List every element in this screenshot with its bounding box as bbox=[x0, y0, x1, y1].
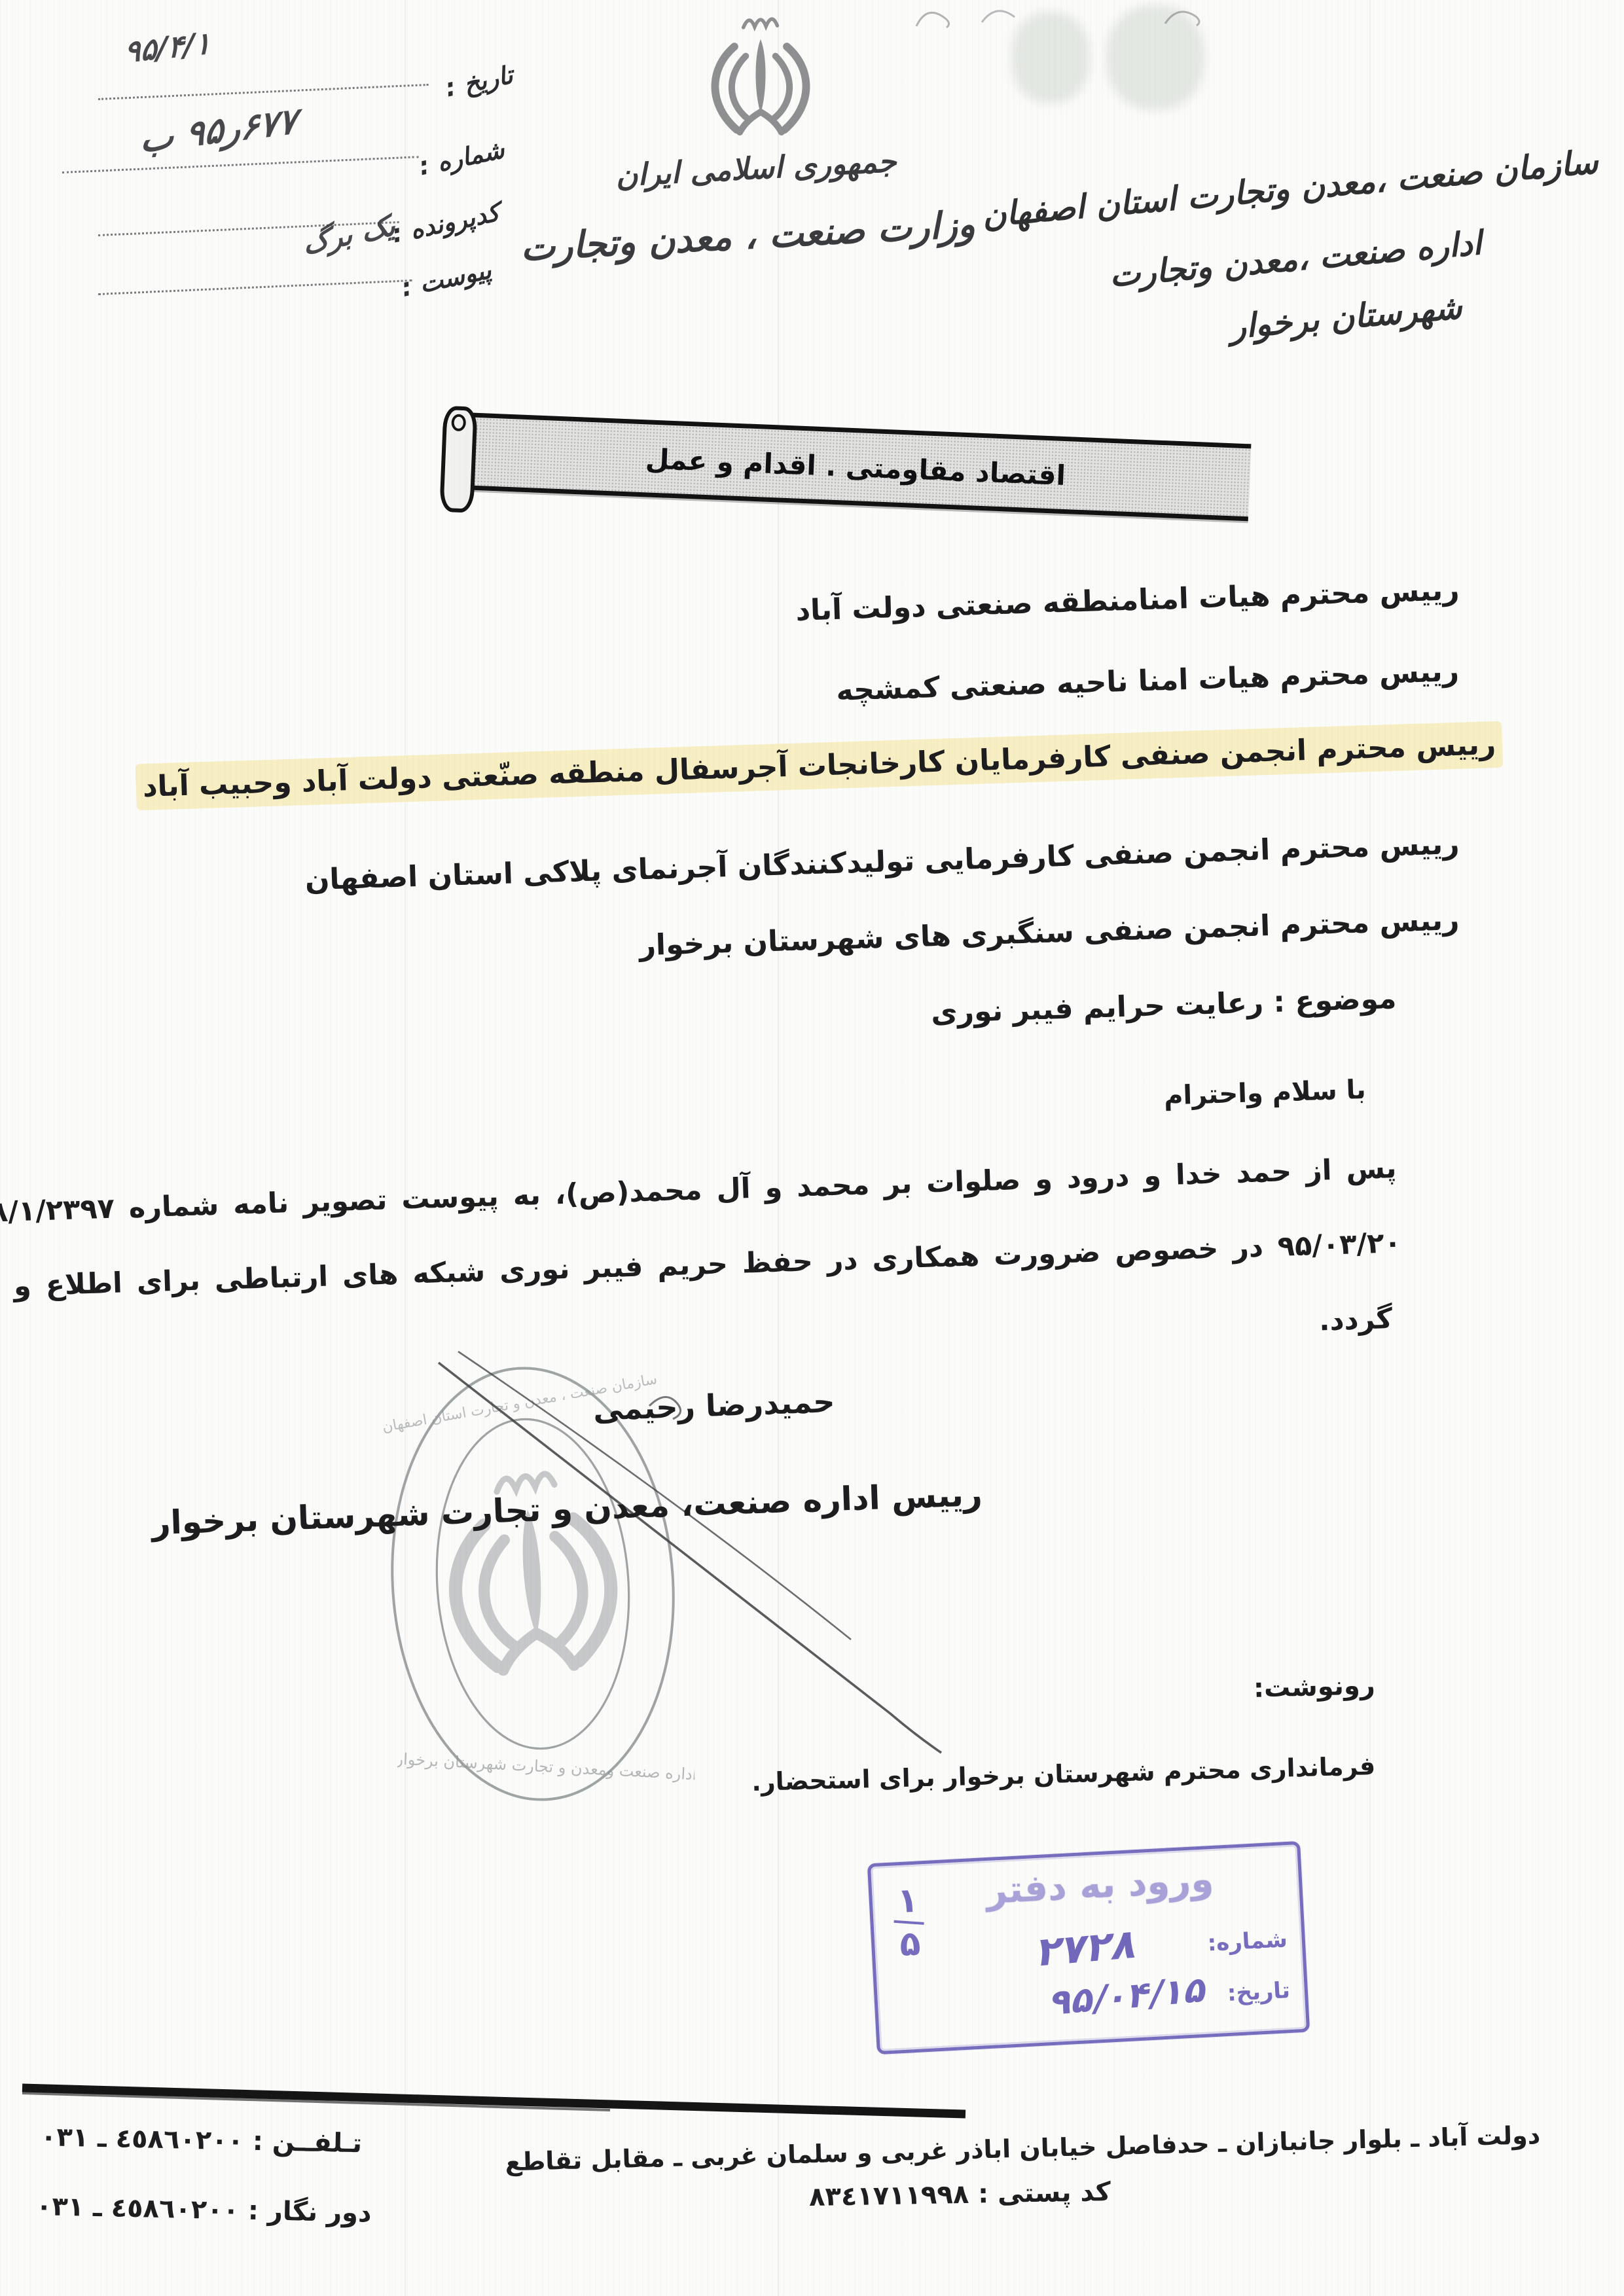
entry-number-label: شماره: bbox=[1207, 1926, 1288, 1956]
iran-emblem-icon bbox=[693, 14, 829, 145]
republic-title: جمهوری اسلامی ایران bbox=[588, 142, 924, 195]
org-line-department: اداره صنعت ،معدن وتجارت bbox=[1108, 224, 1483, 294]
salutation: با سلام واحترام bbox=[1164, 1075, 1367, 1111]
number-dotted-line bbox=[62, 156, 419, 173]
attachment-dotted-line bbox=[98, 279, 412, 295]
number-field-label: شماره : bbox=[416, 135, 507, 181]
footer-separator-line bbox=[21, 2081, 967, 2122]
recipient-line: رییس محترم انجمن صنفی کارفرمایی تولیدکنن… bbox=[304, 827, 1460, 897]
file-code-field-label: کدپرونده : bbox=[389, 198, 502, 249]
org-line-province: سازمان صنعت ،معدن وتجارت استان اصفهان bbox=[981, 143, 1600, 234]
date-field-value: ۹۵/۴/۱ bbox=[124, 25, 211, 69]
scan-streak bbox=[778, 0, 779, 2296]
body-text-line: گردد. bbox=[1318, 1302, 1393, 1338]
entry-number-value: ۲۷۲۸ bbox=[1034, 1919, 1141, 1976]
footer-fax: دور نگار : ٤٥٨٦٠٢٠٠ ـ ٠٣١ bbox=[36, 2191, 372, 2229]
scanned-letter-page: ۹۵/۴/۱ تاریخ : ۶۷۷ر۹۵ ب شماره : کدپرونده… bbox=[0, 0, 1624, 2296]
slogan-text: اقتصاد مقاومتی . اقدام و عمل bbox=[645, 442, 1066, 492]
fraction-numerator: ۱ bbox=[888, 1881, 927, 1921]
copy-to-label: رونوشت: bbox=[1254, 1670, 1376, 1704]
org-line-county: شهرستان برخوار bbox=[1229, 288, 1464, 346]
entry-date-value: ۹۵/۰۴/۱۵ bbox=[1047, 1968, 1210, 2023]
slogan-banner: اقتصاد مقاومتی . اقدام و عمل bbox=[460, 412, 1252, 521]
footer-phone: تـلفــن : ٤٥٨٦٠٢٠٠ ـ ٠٣١ bbox=[41, 2122, 363, 2159]
attachment-field-value: یک برگ bbox=[302, 208, 396, 261]
footer-address: دولت آباد ـ بلوار جانبازان ـ حدفاصل خیاب… bbox=[505, 2121, 1541, 2176]
entry-stamp-title: ورود به دفتر bbox=[985, 1858, 1215, 1912]
scan-curl-marks bbox=[903, 0, 1322, 34]
body-text-line: پس از حمد خدا و درود و صلوات بر محمد و آ… bbox=[0, 1152, 1397, 1233]
recipient-line-highlighted: رییس محترم انجمن صنفی کارفرمایان کارخانج… bbox=[142, 728, 1496, 804]
recipient-line: رییس محترم انجمن صنفی سنگبری های شهرستان… bbox=[639, 903, 1460, 962]
number-field-value: ۶۷۷ر۹۵ ب bbox=[140, 100, 297, 161]
scan-streak bbox=[405, 0, 406, 2296]
ribbon-scroll-curl-icon bbox=[439, 406, 477, 513]
footer-postal-code: کد پستی : ٨٣٤١٧١١٩٩٨ bbox=[809, 2177, 1111, 2212]
fraction-denominator: ۵ bbox=[891, 1924, 929, 1964]
recipient-line: رییس محترم هیات امنامنطقه صنعتی دولت آبا… bbox=[795, 573, 1460, 628]
attachment-field-label: پیوست : bbox=[399, 255, 494, 302]
entry-date-label: تاریخ: bbox=[1227, 1977, 1291, 2007]
entry-stamp-fraction: ۱ ۵ bbox=[888, 1881, 929, 1964]
body-text-line: ۹۵/۰۳/۲۰ در خصوص ضرورت همکاری در حفظ حری… bbox=[0, 1227, 1402, 1314]
date-dotted-line bbox=[98, 84, 429, 100]
date-field-label: تاریخ : bbox=[442, 60, 515, 103]
scan-streak bbox=[1369, 0, 1371, 2296]
slogan-ribbon: اقتصاد مقاومتی . اقدام و عمل bbox=[460, 412, 1252, 521]
subject-line: موضوع : رعایت حرایم فیبر نوری bbox=[930, 982, 1397, 1030]
recipient-line: رییس محترم هیات امنا ناحیه صنعتی کمشچه bbox=[836, 655, 1460, 708]
ministry-title: وزارت صنعت ، معدن وتجارت bbox=[536, 204, 976, 269]
office-entry-stamp: ورود به دفتر ۱ ۵ شماره: ۲۷۲۸ تاریخ: ۹۵/۰… bbox=[867, 1841, 1310, 2054]
